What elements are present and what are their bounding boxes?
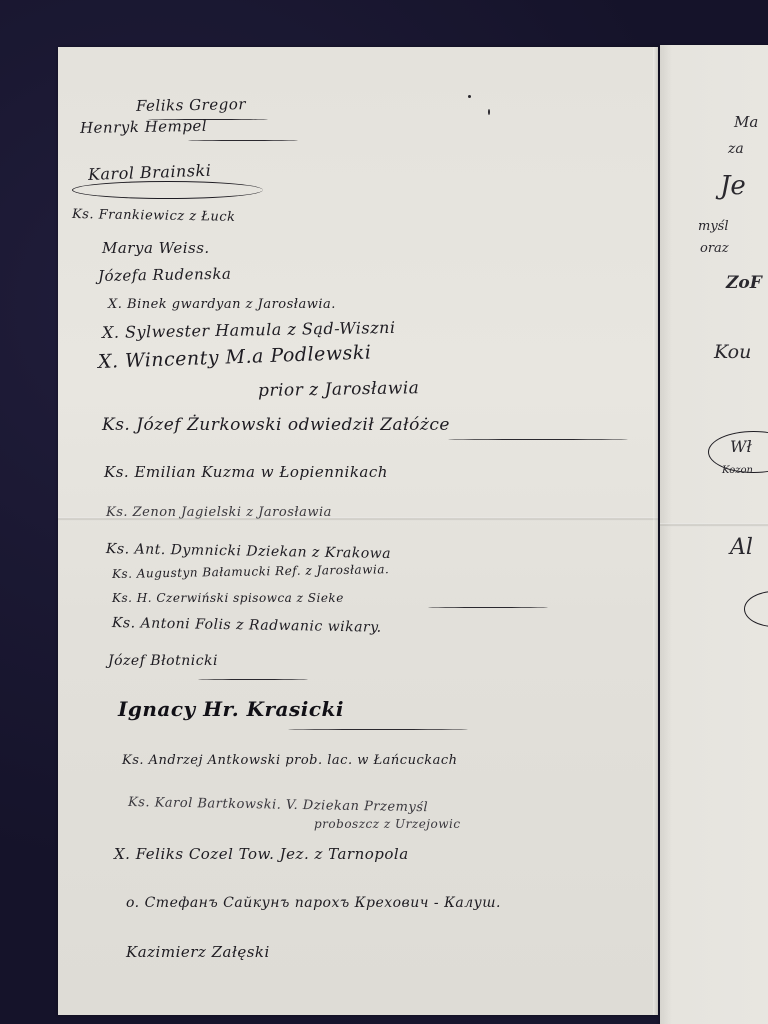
signature-line: Ks. Karol Bartkowski. V. Dziekan Przemyś… (128, 795, 428, 815)
signature-line: X. Sylwester Hamula z Sąd-Wiszni (102, 318, 396, 342)
signature-underline (428, 607, 548, 608)
signature-line: proboszcz z Urzejowic (314, 817, 461, 831)
signature-line: Henryk Hempel (80, 117, 207, 137)
signature-line: Ks. Andrzej Antkowski prob. lac. w Łańcu… (122, 753, 458, 768)
signature-line: Józefa Rudenska (98, 265, 232, 285)
handwritten-fragment: Kozon (722, 465, 753, 476)
handwritten-fragment: za (728, 141, 744, 157)
signature-line: X. Wincenty M.a Podlewski (98, 341, 372, 373)
handwritten-fragment: Wł (730, 437, 752, 456)
signature-line: Ks. Emilian Kuzma w Łopiennikach (104, 463, 388, 481)
signature-line: Ks. Antoni Folis z Radwanic wikary. (112, 615, 382, 636)
signature-flourish (72, 181, 263, 199)
handwritten-fragment: ZoF (726, 273, 762, 293)
signature-line: Ks. Zenon Jagielski z Jarosławia (106, 505, 332, 520)
signature-line: prior z Jarosławia (258, 378, 420, 401)
signature-line: Ks. Frankiewicz z Łuck (72, 207, 236, 225)
handwritten-fragment: Je (720, 171, 746, 201)
handwritten-fragment: myśl (698, 219, 729, 234)
handwritten-fragment: Kou (714, 341, 751, 363)
signature-line: Ignacy Hr. Krasicki (118, 697, 344, 721)
signature-line: o. Стефанъ Сайкунъ парохъ Крехович - Кал… (126, 895, 501, 911)
handwritten-fragment: Ma (734, 113, 758, 131)
signature-underline (198, 679, 308, 680)
signature-line: Józef Błotnicki (108, 653, 218, 669)
horizontal-fold-crease (660, 523, 768, 527)
signature-underline (448, 439, 628, 440)
document-page-left: Feliks Gregor Henryk Hempel Karol Brains… (58, 47, 658, 1015)
ink-spot (468, 95, 471, 98)
vertical-fold-crease (653, 47, 658, 1015)
signature-line: X. Binek gwardyan z Jarosławia. (108, 297, 336, 312)
signature-flourish (744, 591, 768, 627)
signature-line: Ks. Augustyn Bałamucki Ref. z Jarosławia… (112, 562, 389, 581)
document-page-right: Ma za Je myśl oraz ZoF Kou Wł Kozon Al (660, 45, 768, 1024)
signature-line: Ks. Ant. Dymnicki Dziekan z Krakowa (106, 541, 391, 562)
signature-line: Kazimierz Załęski (126, 943, 270, 961)
signature-line: X. Feliks Cozel Tow. Jez. z Tarnopola (114, 845, 409, 863)
signature-line: Marya Weiss. (102, 239, 210, 257)
handwritten-fragment: oraz (700, 241, 729, 256)
ink-spot (488, 109, 490, 115)
signature-underline (188, 140, 298, 141)
signature-line: Ks. Józef Żurkowski odwiedził Załóżce (102, 415, 450, 435)
signature-line: Feliks Gregor (136, 95, 246, 115)
signature-underline (288, 729, 468, 730)
signature-line: Ks. H. Czerwiński spisowca z Sieke (112, 591, 344, 605)
handwritten-fragment: Al (730, 535, 753, 560)
